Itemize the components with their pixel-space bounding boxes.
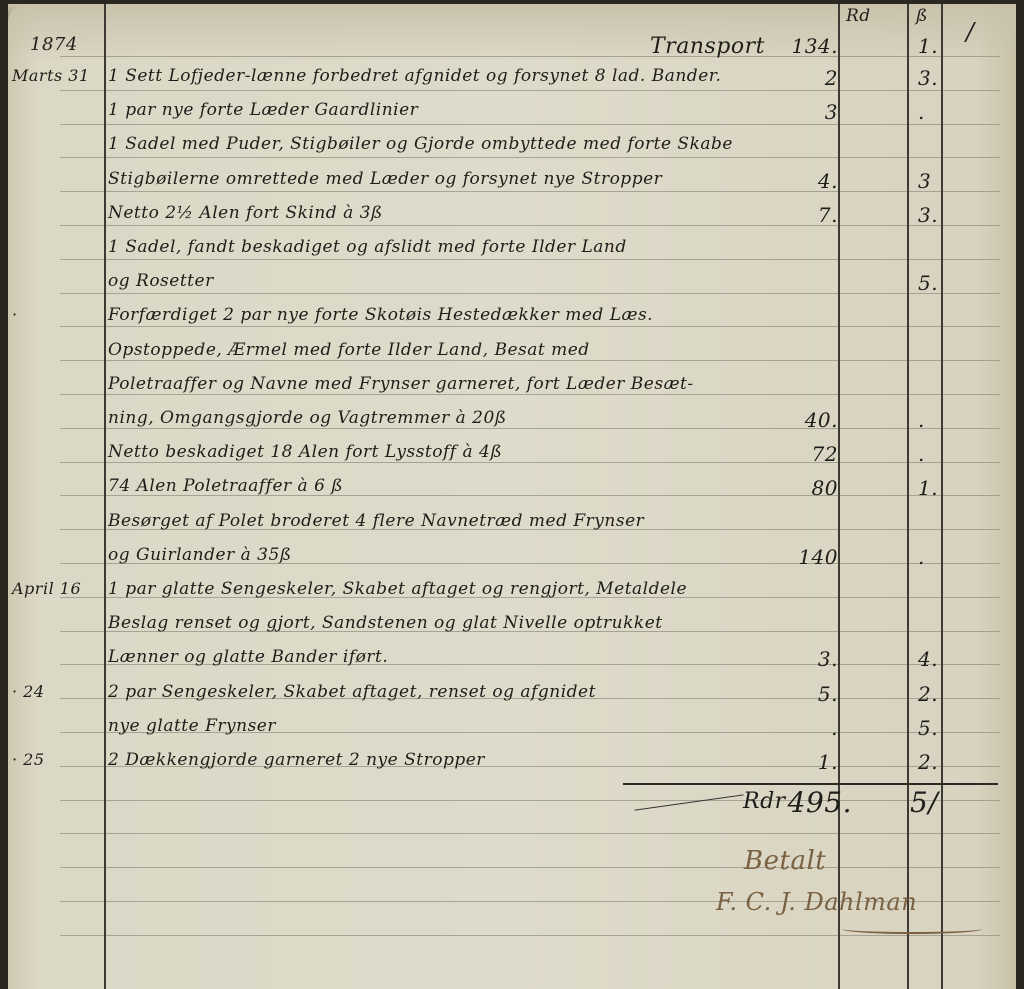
ruled-line <box>60 90 1000 91</box>
entry-description: 1 par nye forte Læder Gaardlinier <box>108 100 418 120</box>
ruled-line <box>60 225 1000 226</box>
ledger-page: 1874 Transport Rd ß / 134. 1. Marts 311 … <box>8 4 1016 989</box>
entry-rd-amount: 3 <box>776 100 838 124</box>
entry-date: · 25 <box>12 750 45 769</box>
entry-rd-amount: 40. <box>776 408 838 432</box>
sk-column-rule <box>907 4 909 989</box>
entry-rd-amount: 4. <box>776 169 838 193</box>
entry-sk-amount: 1. <box>918 476 952 500</box>
total-flourish <box>634 794 743 810</box>
year-label: 1874 <box>30 34 78 55</box>
entry-sk-amount: 5. <box>918 271 952 295</box>
entry-sk-amount: 3 <box>918 169 952 193</box>
ruled-line <box>60 293 1000 294</box>
entry-sk-amount: 5. <box>918 716 952 740</box>
extra-column-mark: / <box>966 18 975 46</box>
entry-description: nye glatte Frynser <box>108 716 276 736</box>
ruled-line <box>60 935 1000 936</box>
signature-name: F. C. J. Dahlman <box>716 888 917 916</box>
total-sk: 5/ <box>910 786 944 819</box>
entry-date: · <box>12 305 18 324</box>
entry-description: 1 Sett Lofjeder-lænne forbedret afgnidet… <box>108 66 721 86</box>
entry-rd-amount: . <box>776 716 838 740</box>
entry-description: og Guirlander à 35ß <box>108 545 292 565</box>
entry-description: 1 Sadel med Puder, Stigbøiler og Gjorde … <box>108 134 733 154</box>
entry-description: Netto 2½ Alen fort Skind à 3ß <box>108 203 383 223</box>
ruled-line <box>60 326 1000 327</box>
entry-rd-amount: 72 <box>776 442 838 466</box>
entry-date: April 16 <box>12 579 81 598</box>
ruled-line <box>60 394 1000 395</box>
entry-sk-amount: . <box>918 545 952 569</box>
entry-sk-amount: 3. <box>918 203 952 227</box>
transport-rd: 134. <box>776 34 838 58</box>
entry-description: Lænner og glatte Bander iført. <box>108 647 388 667</box>
entry-sk-amount: . <box>918 408 952 432</box>
entry-rd-amount: 80 <box>776 476 838 500</box>
ruled-line <box>60 833 1000 834</box>
entry-description: 1 par glatte Sengeskeler, Skabet aftaget… <box>108 579 687 599</box>
entry-description: 74 Alen Poletraaffer à 6 ß <box>108 476 343 496</box>
entry-description: 1 Sadel, fandt beskadiget og afslidt med… <box>108 237 627 257</box>
entry-description: Forfærdiget 2 par nye forte Skotøis Hest… <box>108 305 653 325</box>
ruled-line <box>60 259 1000 260</box>
entry-sk-amount: 4. <box>918 647 952 671</box>
entry-description: Netto beskadiget 18 Alen fort Lysstoff à… <box>108 442 502 462</box>
entry-date: Marts 31 <box>12 66 90 85</box>
entry-rd-amount: 5. <box>776 682 838 706</box>
entry-sk-amount: 2. <box>918 682 952 706</box>
rd-column-rule <box>838 4 840 989</box>
entry-sk-amount: . <box>918 100 952 124</box>
ruled-line <box>60 191 1000 192</box>
ruled-line <box>60 157 1000 158</box>
entry-description: Stigbøilerne omrettede med Læder og fors… <box>108 169 662 189</box>
ruled-line <box>60 867 1000 868</box>
entry-rd-amount: 7. <box>776 203 838 227</box>
entry-description: Poletraaffer og Navne med Frynser garner… <box>108 374 694 394</box>
entry-rd-amount: 140 <box>776 545 838 569</box>
date-column-rule <box>104 4 106 989</box>
ruled-line <box>60 124 1000 125</box>
ruled-line <box>60 360 1000 361</box>
entry-rd-amount: 2 <box>776 66 838 90</box>
entry-description: ning, Omgangsgjorde og Vagtremmer à 20ß <box>108 408 507 428</box>
entry-description: og Rosetter <box>108 271 214 291</box>
sk-column-header: ß <box>916 6 928 26</box>
entry-description: 2 par Sengeskeler, Skabet aftaget, rense… <box>108 682 596 702</box>
entry-sk-amount: . <box>918 442 952 466</box>
signature-paid: Betalt <box>744 846 826 876</box>
transport-label: Transport <box>650 34 765 59</box>
entry-description: Opstoppede, Ærmel med forte Ilder Land, … <box>108 340 590 360</box>
entry-rd-amount: 3. <box>776 647 838 671</box>
rd-column-header: Rd <box>846 6 871 26</box>
total-rule <box>623 783 998 785</box>
entry-sk-amount: 2. <box>918 750 952 774</box>
entry-rd-amount: 1. <box>776 750 838 774</box>
entry-description: Beslag renset og gjort, Sandstenen og gl… <box>108 613 663 633</box>
ruled-line <box>60 800 1000 801</box>
entry-description: 2 Dækkengjorde garneret 2 nye Stropper <box>108 750 485 770</box>
ruled-line <box>60 56 1000 57</box>
entry-sk-amount: 3. <box>918 66 952 90</box>
total-rd: 495. <box>768 786 852 819</box>
transport-sk: 1. <box>918 34 952 58</box>
entry-description: Besørget af Polet broderet 4 flere Navne… <box>108 511 644 531</box>
signature-underline <box>842 924 982 934</box>
entry-date: · 24 <box>12 682 45 701</box>
